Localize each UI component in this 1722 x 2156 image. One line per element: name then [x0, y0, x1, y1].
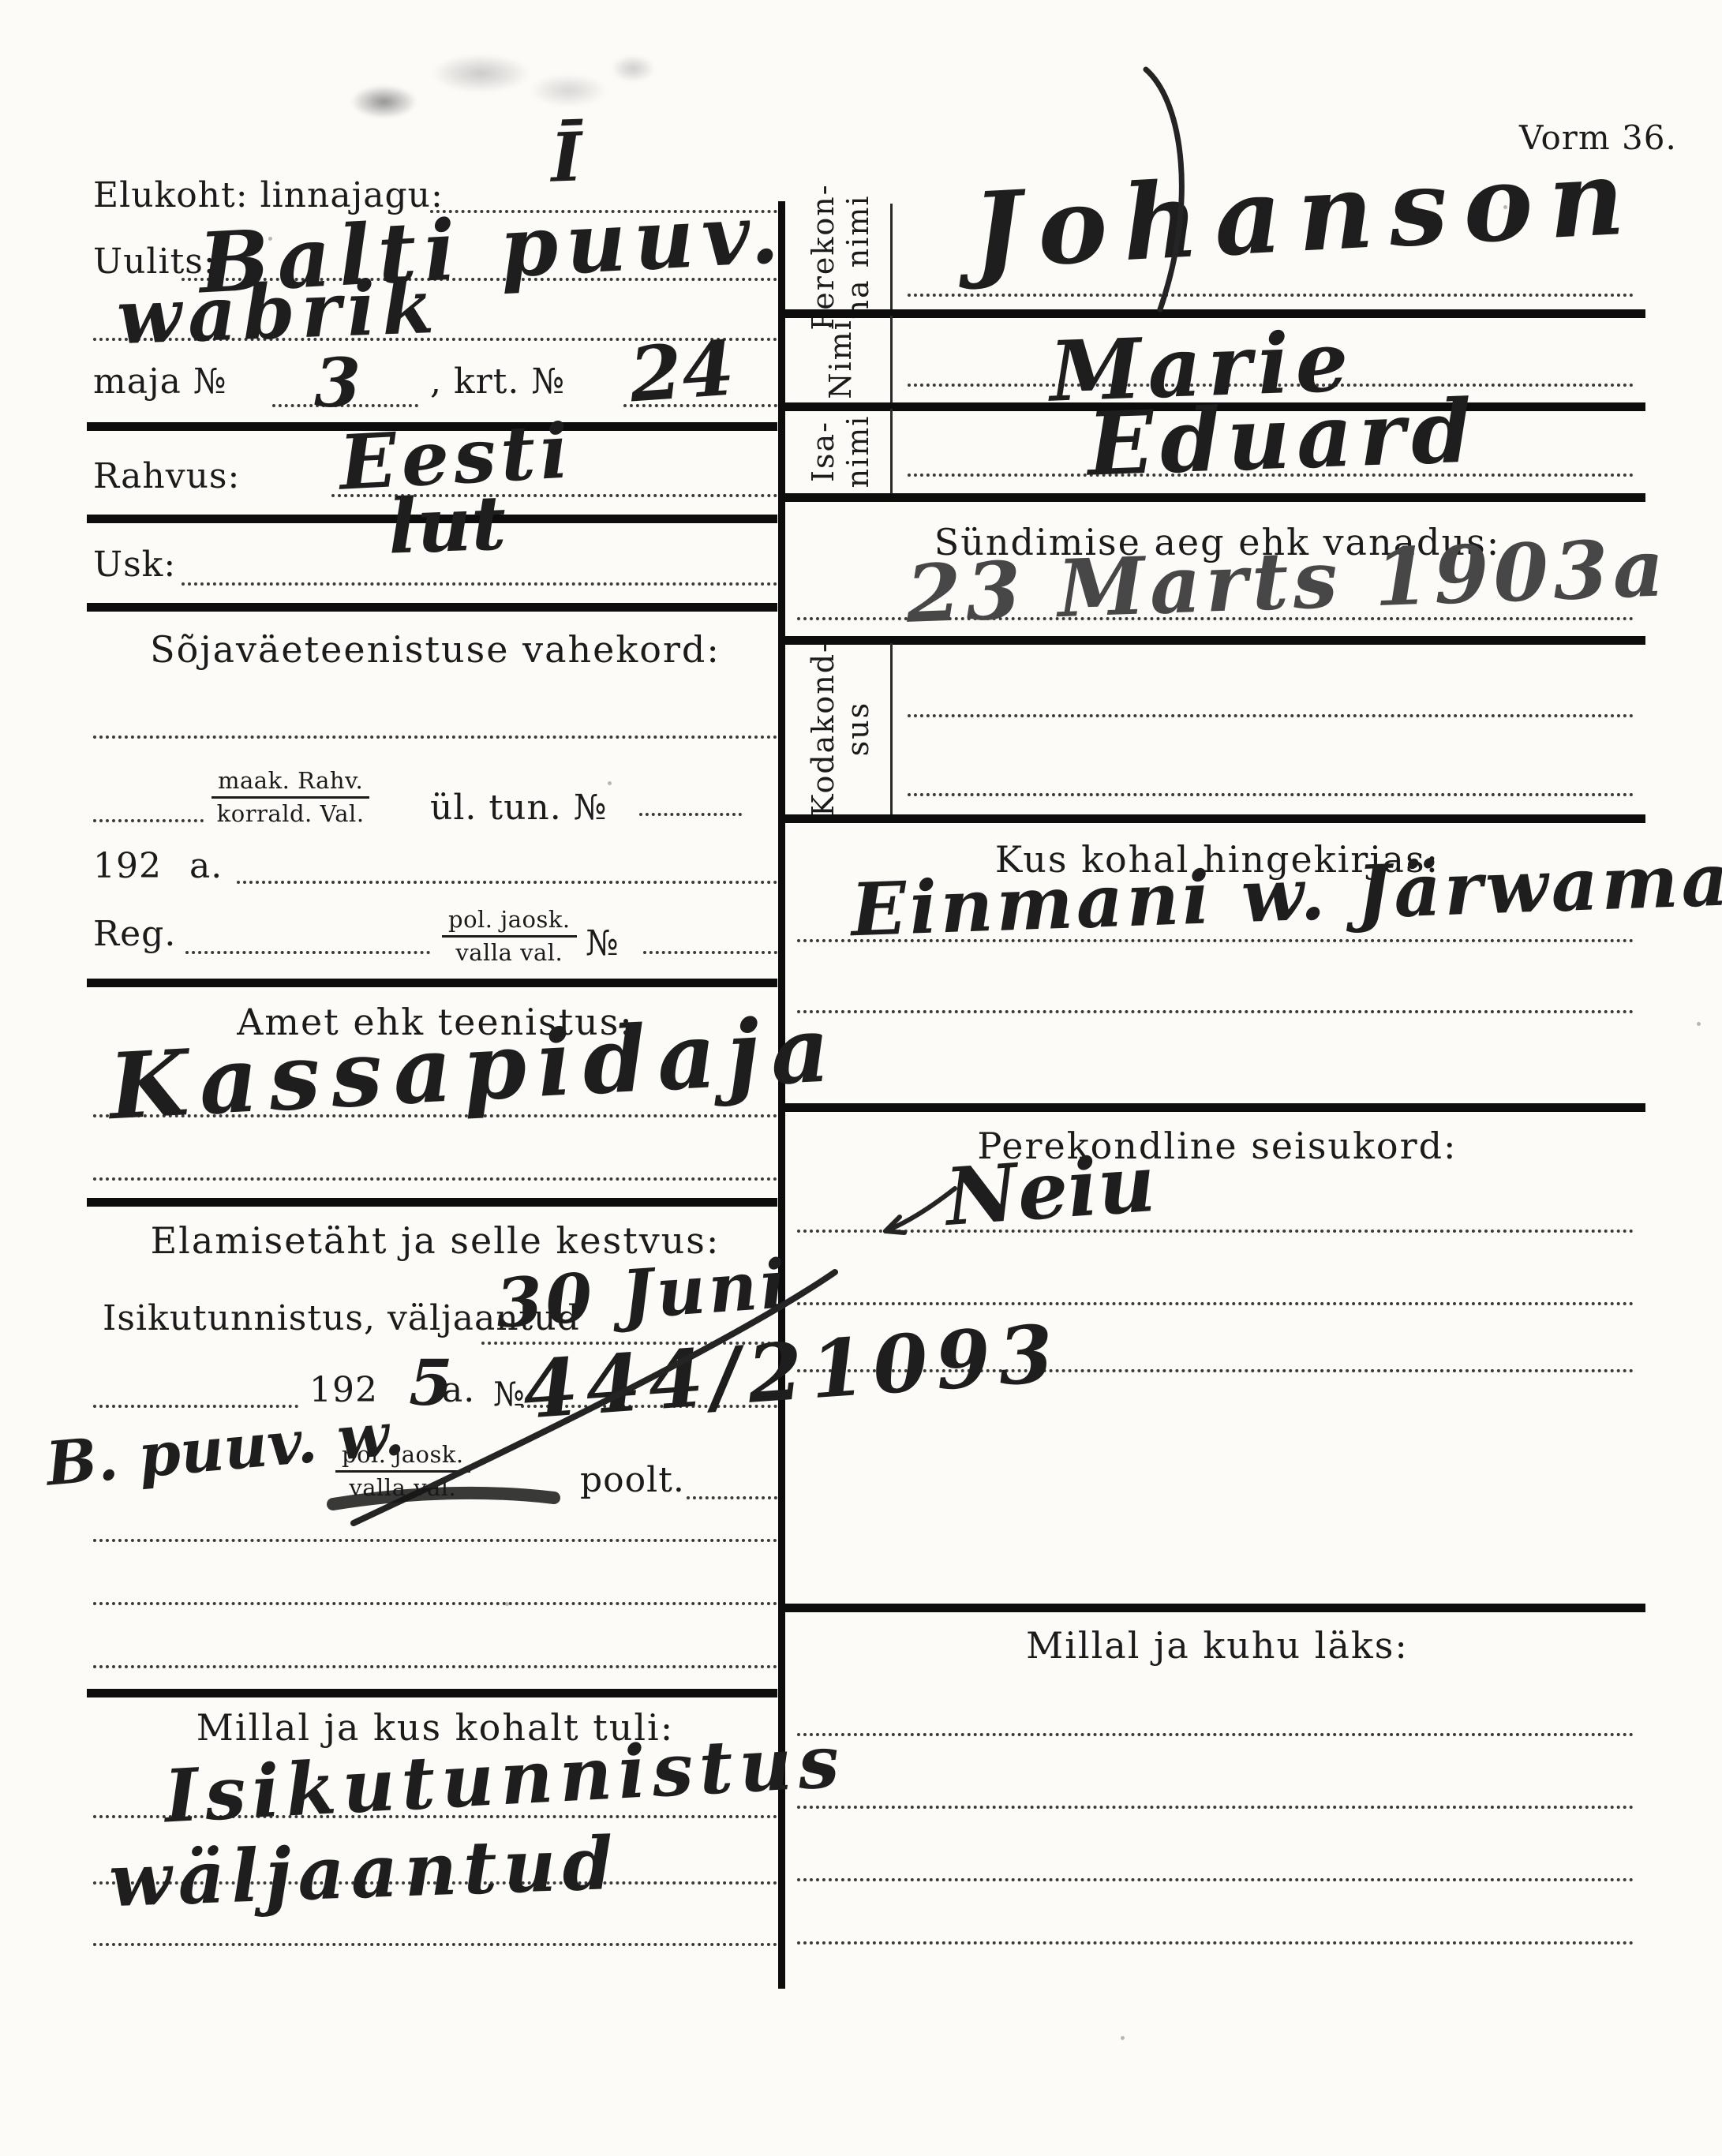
scan-speck	[608, 781, 612, 785]
linnajagu-value: Ī	[550, 124, 584, 192]
certificate-label: ül. tun. №	[430, 788, 607, 828]
dotted-line	[93, 1539, 777, 1542]
dotted-line	[93, 1602, 777, 1605]
arrival-value-line2: wäljaantud	[108, 1827, 621, 1918]
surname-label-line1: Perekon-	[807, 183, 841, 330]
surname-vertical-label: Perekon- na nimi	[791, 204, 893, 310]
dotted-line	[797, 1302, 1634, 1305]
scan-speck	[1697, 1022, 1701, 1026]
dotted-line	[93, 736, 777, 739]
dotted-line	[237, 881, 777, 884]
permit-year-value: 5	[409, 1351, 453, 1414]
dotted-line	[797, 1733, 1634, 1736]
military-year-a-label: a.	[189, 846, 223, 886]
rule-heavy	[87, 603, 777, 612]
rahvus-label: Rahvus:	[93, 456, 240, 496]
scan-speck	[505, 1602, 509, 1606]
citizenship-label-line2: sus	[841, 702, 876, 756]
dotted-line	[93, 1405, 298, 1408]
label-separator	[890, 204, 893, 310]
dotted-line	[639, 813, 742, 816]
dotted-line	[93, 1665, 777, 1668]
rule-heavy	[87, 979, 777, 987]
street-value-line2: wabrik	[115, 269, 441, 355]
citizenship-label-line1: Kodakond-	[807, 641, 841, 817]
label-separator	[890, 409, 893, 494]
fraction-top: maak. Rahv.	[212, 767, 369, 799]
rule-heavy	[785, 1604, 1645, 1612]
registration-card: Vorm 36. Elukoht: linnajagu: Ī Uulits: B…	[0, 0, 1722, 2156]
rule-heavy	[87, 1198, 777, 1207]
father-name-label-line2: nimi	[841, 415, 876, 488]
pen-stroke-family-flourish	[885, 1188, 955, 1231]
military-heading: Sõjaväeteenistuse vahekord:	[93, 628, 777, 671]
departure-heading: Millal ja kuhu läks:	[789, 1624, 1645, 1667]
father-name-label-line1: Isa-	[807, 421, 841, 482]
permit-poolt-label: poolt.	[580, 1460, 685, 1500]
reg-no-sign: №	[586, 923, 620, 964]
dotted-line	[687, 1496, 777, 1499]
scan-speck	[1121, 2036, 1125, 2040]
fraction-bottom: korrald. Val.	[212, 799, 369, 828]
dotted-line	[797, 1010, 1634, 1013]
dotted-line	[797, 1878, 1634, 1881]
father-name-vertical-label: Isa- nimi	[791, 409, 893, 494]
first-name-label-line1: Nimi	[824, 319, 859, 399]
rule-heavy	[785, 1103, 1645, 1112]
dotted-line	[182, 582, 777, 586]
reg-label: Reg.	[93, 914, 176, 954]
dotted-line	[908, 714, 1634, 717]
citizenship-vertical-label: Kodakond- sus	[791, 643, 893, 814]
dotted-line	[93, 1943, 777, 1946]
reg-authority-fraction: pol. jaosk. valla val.	[442, 906, 577, 967]
faded-stamp	[335, 36, 659, 130]
usk-value: lut	[387, 485, 507, 564]
rule-heavy	[785, 814, 1645, 823]
dotted-line	[643, 951, 777, 954]
military-authority-fraction: maak. Rahv. korrald. Val.	[212, 767, 369, 828]
label-separator	[890, 643, 893, 814]
dotted-line	[797, 1806, 1634, 1809]
fraction-bottom: valla val.	[442, 938, 577, 967]
label-separator	[890, 316, 893, 402]
military-year-label: 192	[93, 846, 162, 886]
dotted-line	[93, 1177, 777, 1181]
surname-value: Johanson	[970, 145, 1642, 284]
first-name-vertical-label: Nimi	[791, 316, 893, 402]
dotted-line	[908, 793, 1634, 796]
family-status-heading: Perekondline seisukord:	[789, 1125, 1645, 1167]
krt-label: , krt. №	[430, 361, 565, 402]
maja-label: maja №	[93, 361, 226, 402]
usk-label: Usk:	[93, 545, 176, 585]
fraction-top: pol. jaosk.	[442, 906, 577, 938]
father-name-value: Eduard	[1086, 387, 1479, 488]
rule-heavy	[87, 1689, 777, 1697]
dotted-line	[797, 1941, 1634, 1945]
fraction-bottom: valla val.	[335, 1473, 470, 1502]
dotted-line	[93, 819, 204, 822]
dotted-line	[908, 294, 1634, 297]
surname-label-line2: na nimi	[841, 194, 876, 319]
dotted-line	[185, 951, 430, 954]
family-status-value: Neiu	[943, 1144, 1158, 1237]
birth-value: 23 Marts 1903a	[905, 528, 1670, 634]
permit-no-sign: №	[493, 1375, 526, 1413]
rule-heavy	[785, 493, 1645, 502]
krt-value: 24	[627, 331, 737, 414]
maja-value: 3	[314, 350, 361, 417]
permit-issued-date-value: 30 Juni	[493, 1251, 791, 1338]
dotted-line	[797, 1230, 1634, 1233]
